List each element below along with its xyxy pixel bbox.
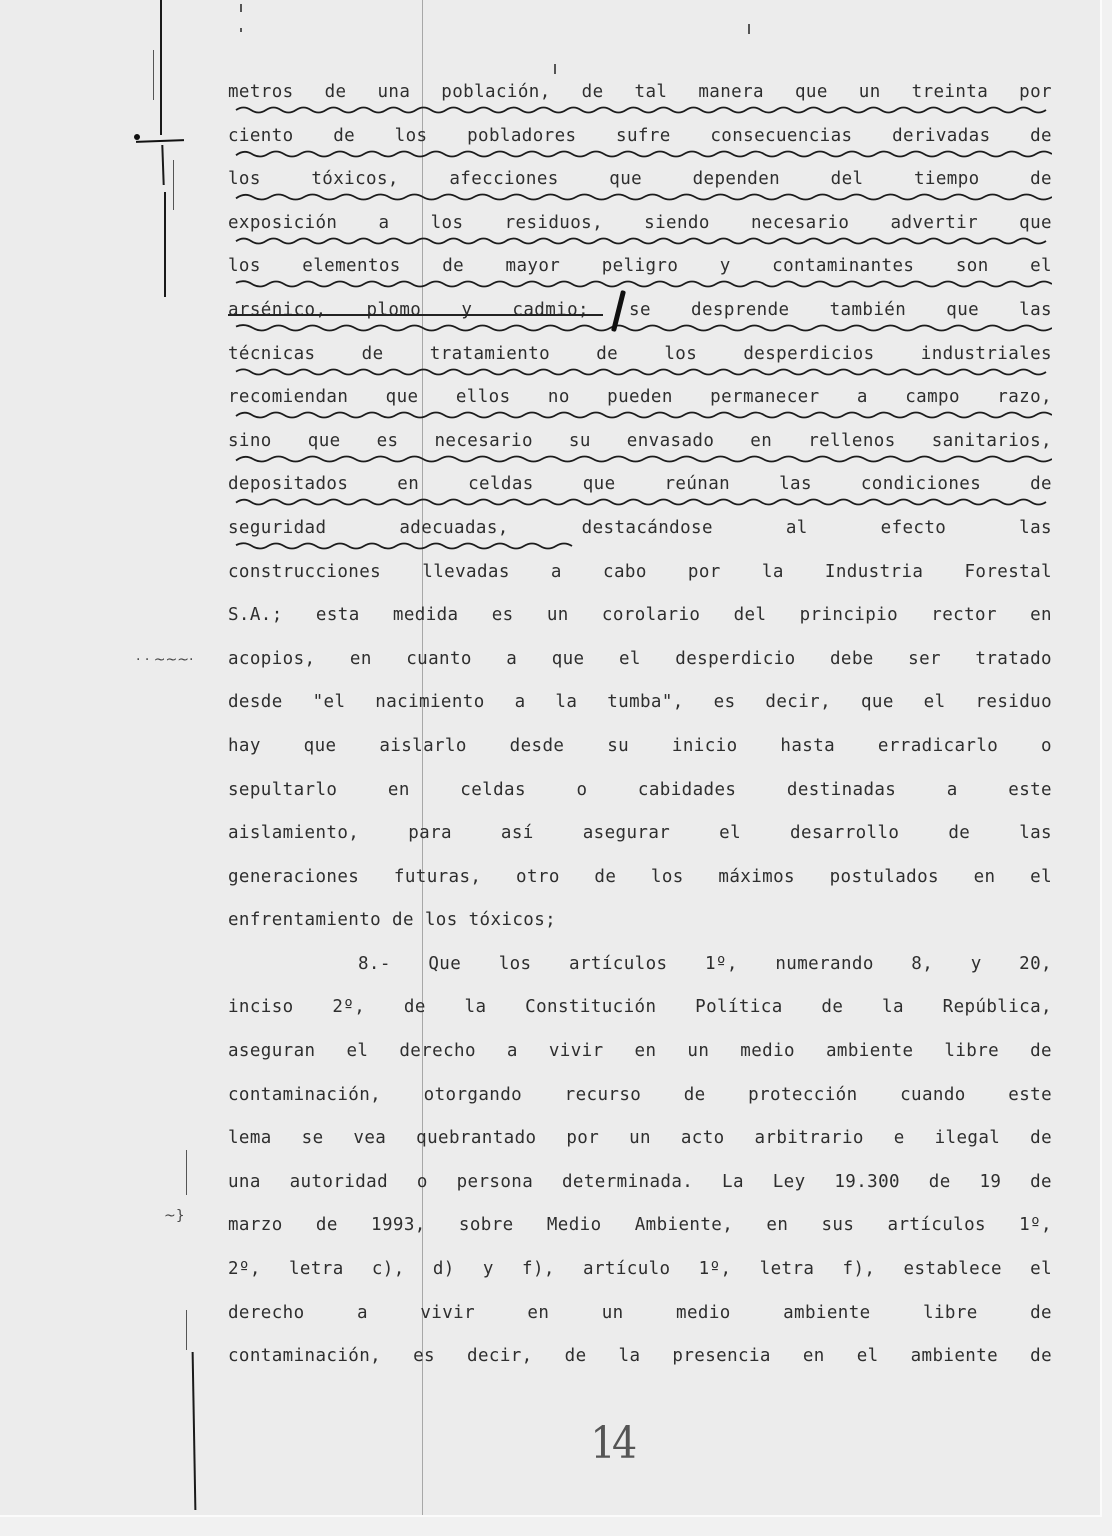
text-line-content: acopios, en cuanto a que el desperdicio … <box>228 645 1052 673</box>
text-line-content: generaciones futuras, otro de los máximo… <box>228 863 1052 891</box>
text-line: ciento de los pobladores sufre consecuen… <box>228 122 1052 166</box>
text-line-content: S.A.; esta medida es un corolario del pr… <box>228 601 1052 629</box>
text-line-content: hay que aislarlo desde su inicio hasta e… <box>228 732 1052 760</box>
text-line: aislamiento, para así asegurar el desarr… <box>228 819 1052 863</box>
text-line: 8.- Que los artículos 1º, numerando 8, y… <box>228 950 1052 994</box>
margin-faint-line <box>186 1310 187 1350</box>
margin-faint-line <box>173 160 174 210</box>
text-line: metros de una población, de tal manera q… <box>228 78 1052 122</box>
text-line: los elementos de mayor peligro y contami… <box>228 252 1052 296</box>
margin-bracket-line <box>161 145 164 185</box>
text-line: contaminación, es decir, de la presencia… <box>228 1342 1052 1386</box>
text-line-content: sepultarlo en celdas o cabidades destina… <box>228 776 1052 804</box>
scan-speck <box>554 64 556 74</box>
text-line-content: seguridad adecuadas, destacándose al efe… <box>228 514 1052 542</box>
text-line: los tóxicos, afecciones que dependen del… <box>228 165 1052 209</box>
text-line: acopios, en cuanto a que el desperdicio … <box>228 645 1052 689</box>
text-line-content: arsénico, plomo y cadmio; se desprende t… <box>228 296 1052 324</box>
text-line: marzo de 1993, sobre Medio Ambiente, en … <box>228 1211 1052 1255</box>
text-line: depositados en celdas que reúnan las con… <box>228 470 1052 514</box>
text-line-content: aislamiento, para así asegurar el desarr… <box>228 819 1052 847</box>
margin-bracket-line <box>192 1352 197 1510</box>
text-line: S.A.; esta medida es un corolario del pr… <box>228 601 1052 645</box>
text-line: hay que aislarlo desde su inicio hasta e… <box>228 732 1052 776</box>
margin-bracket-line <box>164 192 166 297</box>
text-line: recomiendan que ellos no pueden permanec… <box>228 383 1052 427</box>
text-line: seguridad adecuadas, destacándose al efe… <box>228 514 1052 558</box>
document-body: metros de una población, de tal manera q… <box>228 78 1052 1386</box>
text-line-content: lema se vea quebrantado por un acto arbi… <box>228 1124 1052 1152</box>
margin-bracket-line <box>160 0 162 135</box>
text-line-content: ciento de los pobladores sufre consecuen… <box>228 122 1052 150</box>
handwritten-underline <box>228 314 603 316</box>
text-line: contaminación, otorgando recurso de prot… <box>228 1081 1052 1125</box>
scan-speck <box>748 24 750 34</box>
text-line-content: marzo de 1993, sobre Medio Ambiente, en … <box>228 1211 1052 1239</box>
margin-cross-mark <box>136 139 184 143</box>
text-line-content: contaminación, otorgando recurso de prot… <box>228 1081 1052 1109</box>
text-line-content: contaminación, es decir, de la presencia… <box>228 1342 1052 1370</box>
text-line: una autoridad o persona determinada. La … <box>228 1168 1052 1212</box>
text-line-content: metros de una población, de tal manera q… <box>228 78 1052 106</box>
text-line: enfrentamiento de los tóxicos; <box>228 906 1052 950</box>
page-number: 14 <box>590 1418 633 1469</box>
text-line-content: desde "el nacimiento a la tumba", es dec… <box>228 688 1052 716</box>
text-line-content: los elementos de mayor peligro y contami… <box>228 252 1052 280</box>
margin-scribble: · · ~~~· <box>136 652 193 668</box>
text-line: 2º, letra c), d) y f), artículo 1º, letr… <box>228 1255 1052 1299</box>
text-line: sino que es necesario su envasado en rel… <box>228 427 1052 471</box>
margin-scribble: ~} <box>164 1208 185 1224</box>
text-line-content: derecho a vivir en un medio ambiente lib… <box>228 1299 1052 1327</box>
text-line-content: sino que es necesario su envasado en rel… <box>228 427 1052 455</box>
text-line: sepultarlo en celdas o cabidades destina… <box>228 776 1052 820</box>
text-line-content: técnicas de tratamiento de los desperdic… <box>228 340 1052 368</box>
text-line: generaciones futuras, otro de los máximo… <box>228 863 1052 907</box>
margin-ink-dot <box>134 134 140 140</box>
text-line-content: exposición a los residuos, siendo necesa… <box>228 209 1052 237</box>
text-line-content: inciso 2º, de la Constitución Política d… <box>228 993 1052 1021</box>
text-line: inciso 2º, de la Constitución Política d… <box>228 993 1052 1037</box>
text-line-content: una autoridad o persona determinada. La … <box>228 1168 1052 1196</box>
text-line-content: enfrentamiento de los tóxicos; <box>228 906 1052 934</box>
text-line: construcciones llevadas a cabo por la In… <box>228 558 1052 602</box>
text-line: arsénico, plomo y cadmio; se desprende t… <box>228 296 1052 340</box>
text-line: derecho a vivir en un medio ambiente lib… <box>228 1299 1052 1343</box>
text-line: desde "el nacimiento a la tumba", es dec… <box>228 688 1052 732</box>
text-line-content: 2º, letra c), d) y f), artículo 1º, letr… <box>228 1255 1052 1283</box>
text-line-content: depositados en celdas que reúnan las con… <box>228 470 1052 498</box>
text-line: aseguran el derecho a vivir en un medio … <box>228 1037 1052 1081</box>
text-line-content: aseguran el derecho a vivir en un medio … <box>228 1037 1052 1065</box>
margin-faint-line <box>153 50 154 100</box>
text-line-content: los tóxicos, afecciones que dependen del… <box>228 165 1052 193</box>
margin-faint-line <box>186 1150 187 1195</box>
text-line: técnicas de tratamiento de los desperdic… <box>228 340 1052 384</box>
text-line: exposición a los residuos, siendo necesa… <box>228 209 1052 253</box>
scan-speck <box>240 4 242 12</box>
text-line-content: 8.- Que los artículos 1º, numerando 8, y… <box>358 950 1052 978</box>
text-line: lema se vea quebrantado por un acto arbi… <box>228 1124 1052 1168</box>
text-line-content: construcciones llevadas a cabo por la In… <box>228 558 1052 586</box>
scanned-page: · · ~~~· ~} metros de una población, de … <box>0 0 1102 1517</box>
scan-speck <box>240 28 242 32</box>
text-line-content: recomiendan que ellos no pueden permanec… <box>228 383 1052 411</box>
